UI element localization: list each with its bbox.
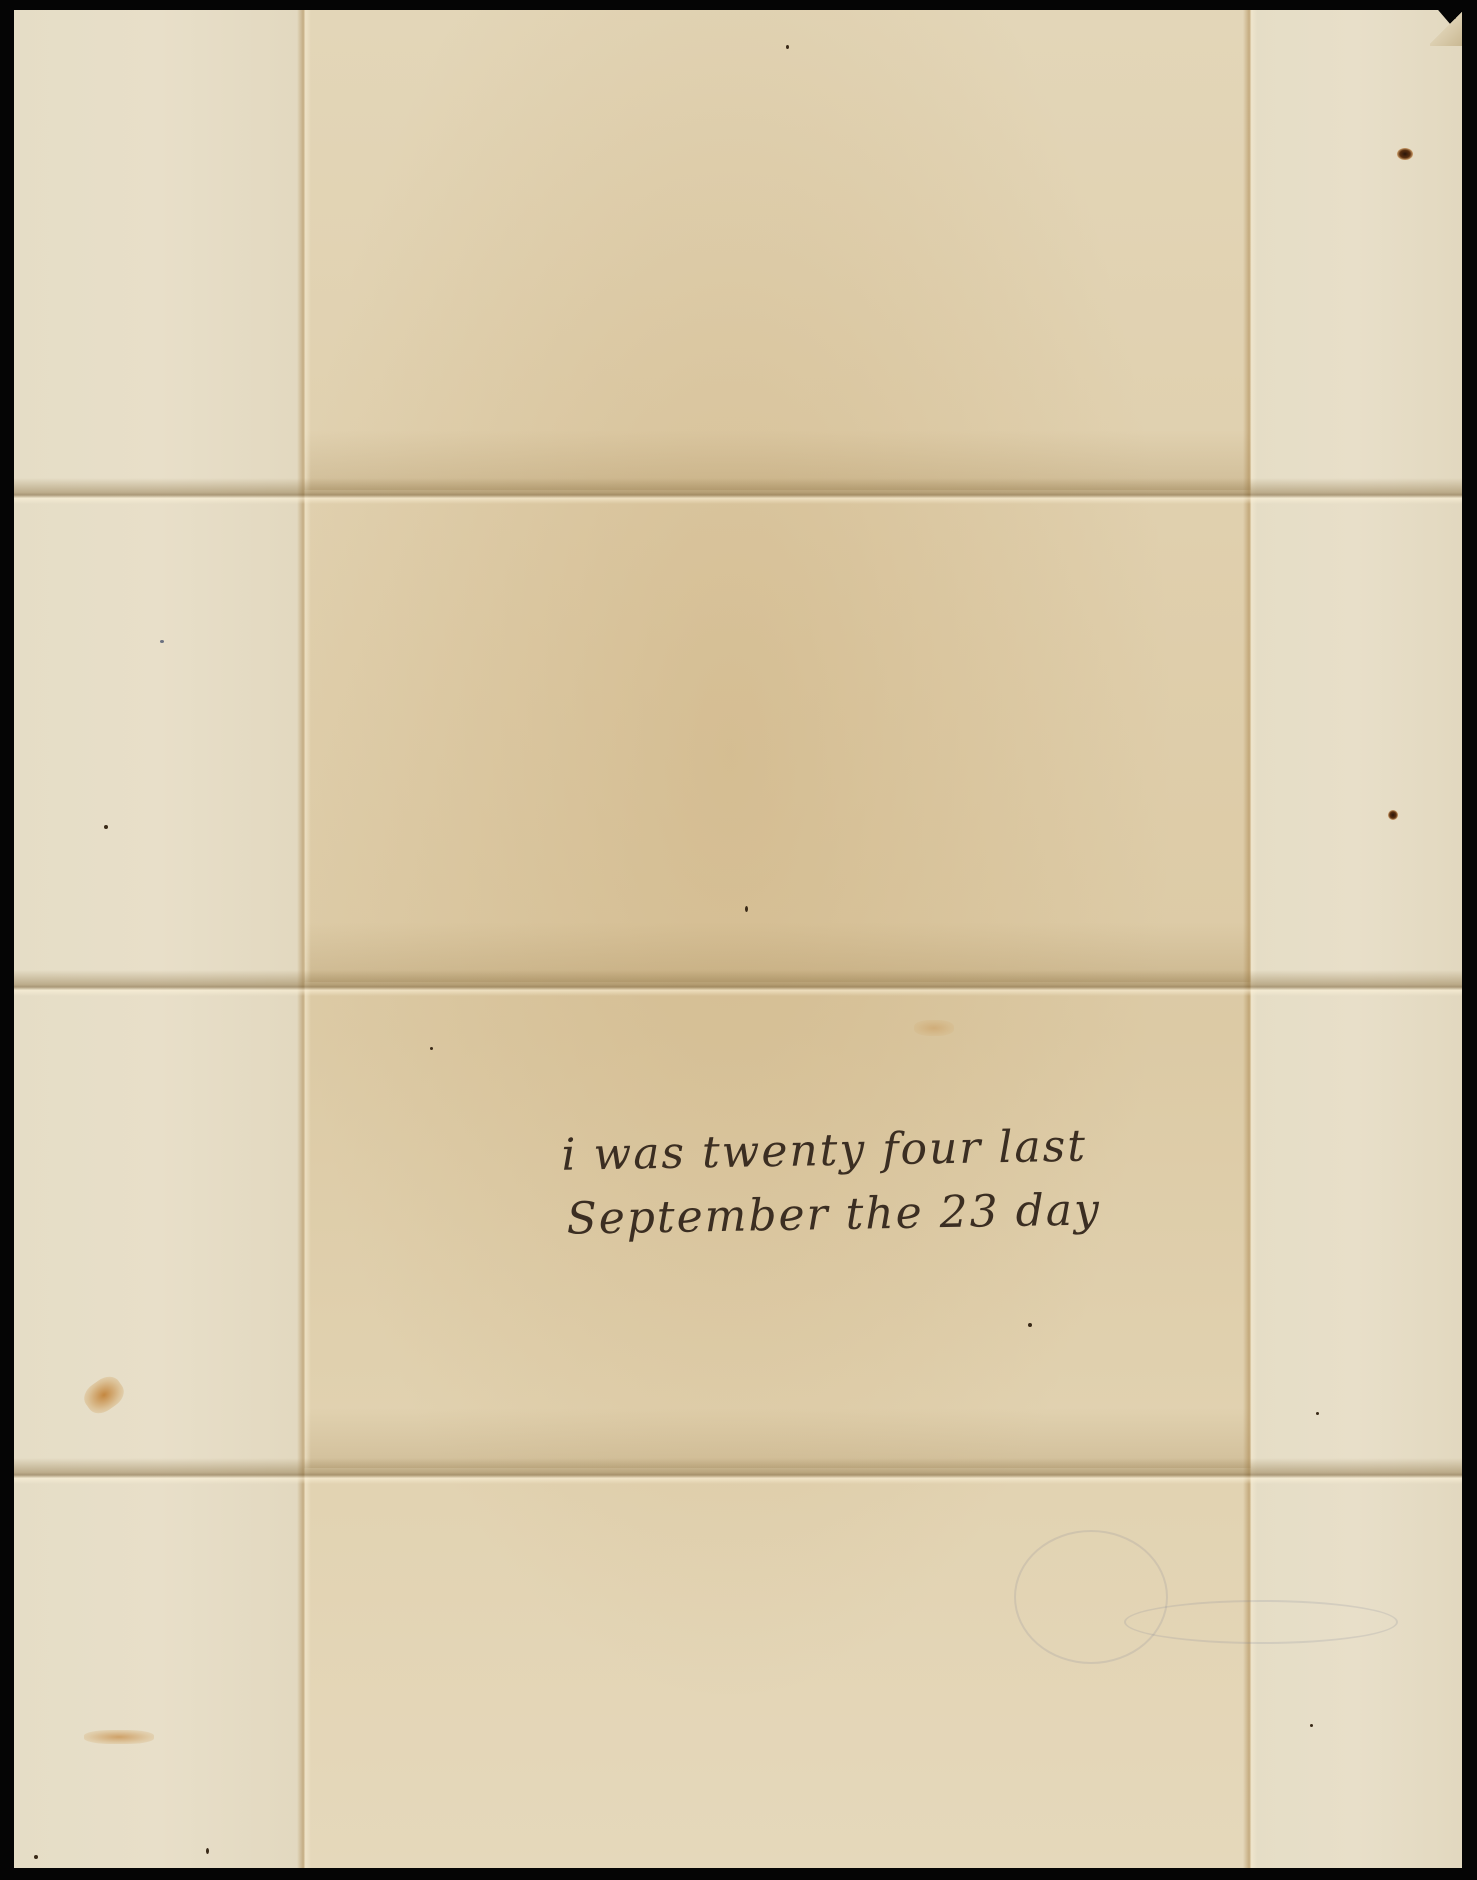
speck — [430, 1047, 433, 1050]
speck — [206, 1848, 209, 1854]
vertical-fold-left — [297, 10, 311, 1868]
rust-stain — [914, 1020, 954, 1036]
bleed-through-mark — [1124, 1600, 1398, 1644]
worm-hole — [1388, 810, 1398, 820]
handwriting-line-2: September the 23 day — [566, 1176, 1223, 1251]
speck — [1310, 1724, 1313, 1727]
worm-hole — [1397, 148, 1413, 160]
horizontal-fold-3 — [14, 1458, 1462, 1484]
vertical-fold-right — [1243, 10, 1257, 1868]
handwritten-note: i was twenty four last September the 23 … — [561, 1112, 1223, 1251]
speck — [104, 825, 108, 829]
folded-corner — [1430, 10, 1462, 46]
speck — [1316, 1412, 1319, 1415]
left-flap — [14, 10, 304, 1868]
horizontal-fold-1 — [14, 478, 1462, 504]
rust-stain — [84, 1730, 154, 1744]
speck — [745, 906, 748, 912]
handwriting-line-1: i was twenty four last — [561, 1112, 1222, 1188]
letter-sheet: i was twenty four last September the 23 … — [14, 10, 1462, 1868]
speck — [34, 1855, 38, 1859]
right-flap — [1251, 10, 1462, 1868]
bleed-through-mark — [1014, 1530, 1168, 1664]
speck — [160, 640, 164, 643]
horizontal-fold-2 — [14, 970, 1462, 996]
speck — [1028, 1323, 1032, 1327]
speck — [786, 45, 789, 49]
